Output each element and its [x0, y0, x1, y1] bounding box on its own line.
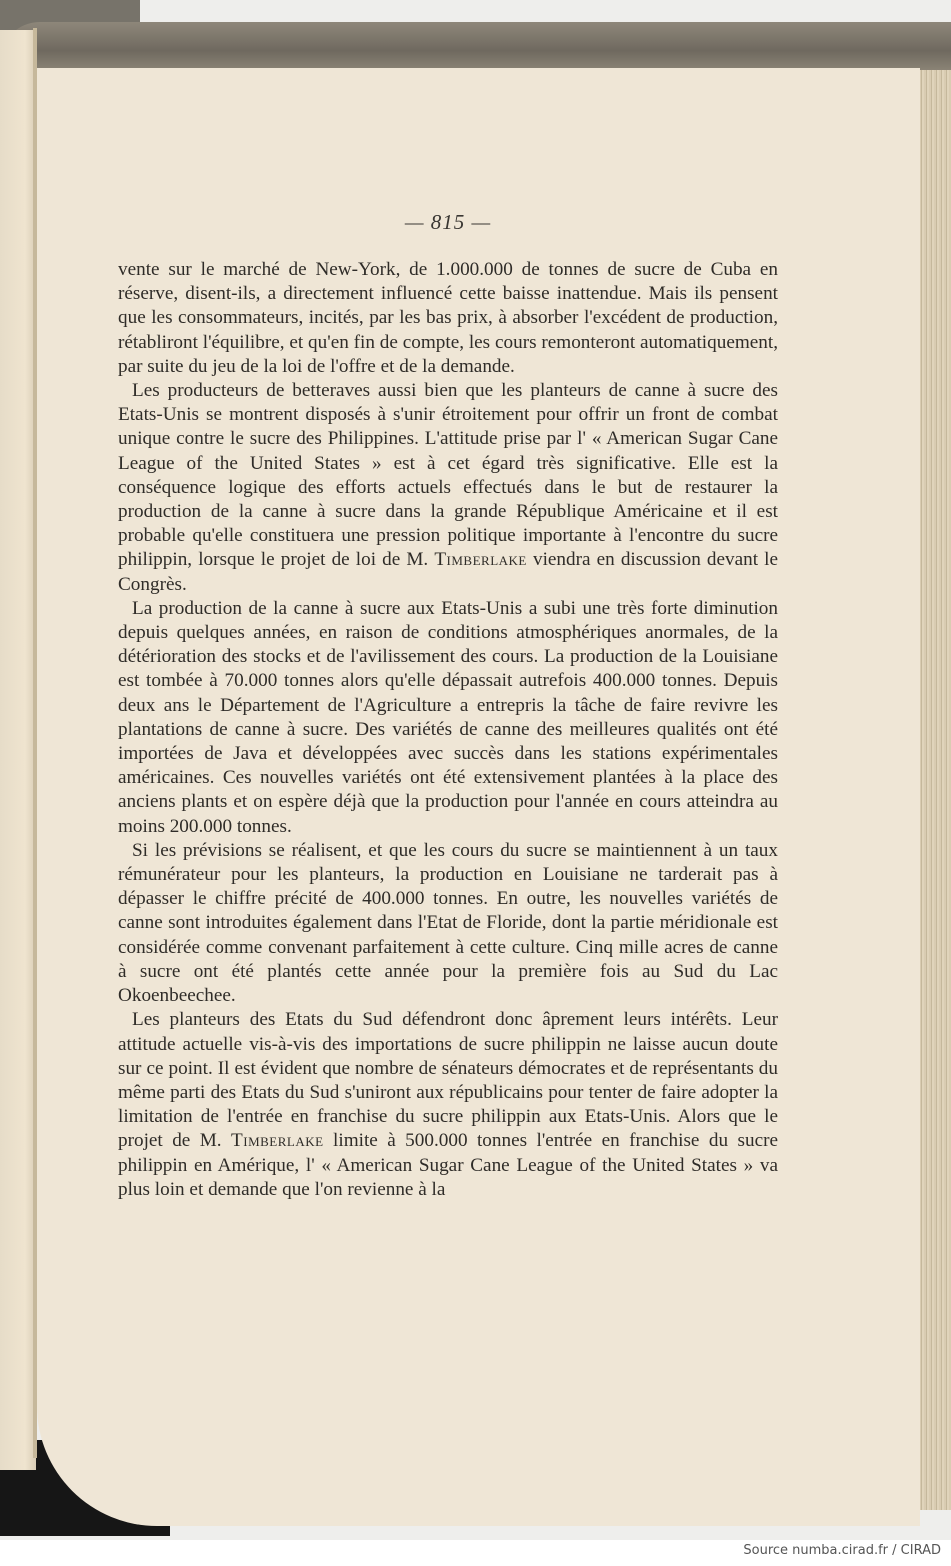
paragraph-3: La production de la canne à sucre aux Et… [118, 597, 778, 839]
page-fore-edge [919, 70, 951, 1510]
person-name: Timberlake [434, 549, 527, 570]
page-number: — 815 — [398, 210, 498, 235]
paragraph-2: Les producteurs de betteraves aussi bien… [118, 379, 778, 597]
source-credit: Source numba.cirad.fr / CIRAD [743, 1543, 941, 1558]
paragraph-4: Si les prévisions se réalisent, et que l… [118, 839, 778, 1008]
paragraph-1: vente sur le marché de New-York, de 1.00… [118, 258, 778, 379]
book-top-edge [0, 22, 951, 70]
paragraph-5: Les planteurs des Etats du Sud défendron… [118, 1008, 778, 1202]
body-text: vente sur le marché de New-York, de 1.00… [118, 258, 778, 1202]
paragraph-2-text-a: Les producteurs de betteraves aussi bien… [118, 380, 778, 570]
left-page-edge [0, 30, 36, 1470]
person-name: Timberlake [231, 1130, 324, 1151]
